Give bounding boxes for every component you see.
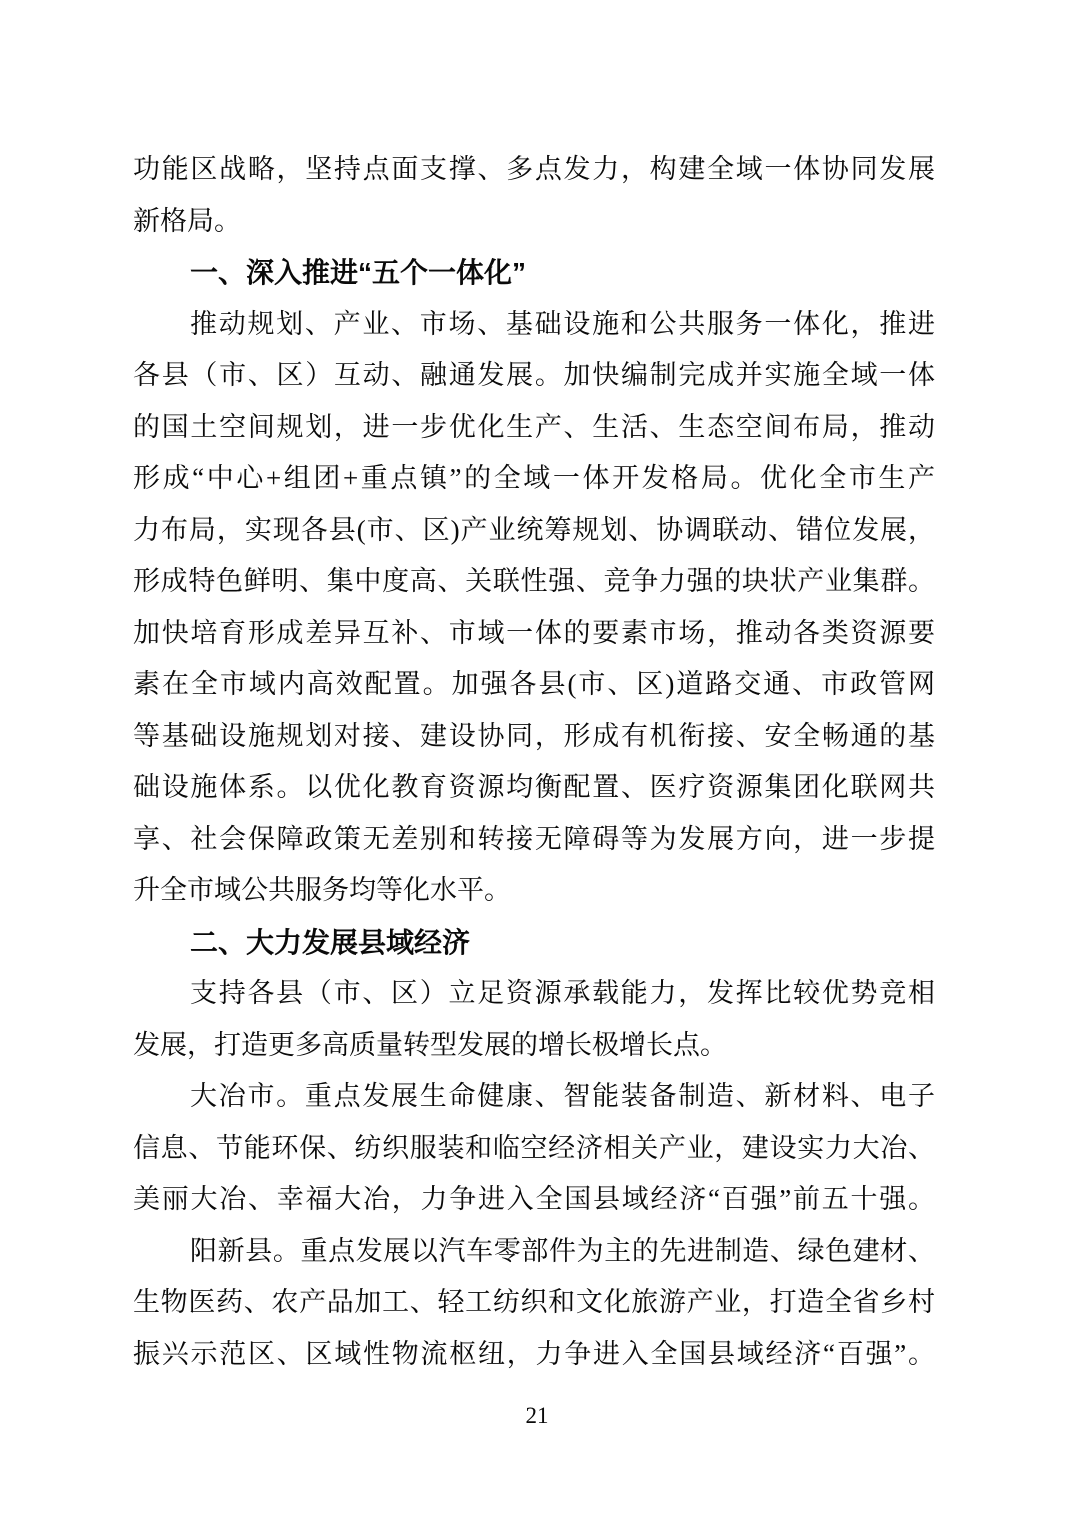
text-line: 支持各县（市、区）立足资源承载能力，发挥比较优势竞相 xyxy=(133,968,935,1020)
text-line: 新格局。 xyxy=(133,196,935,248)
page-number: 21 xyxy=(0,1401,1074,1431)
text-line: 力布局，实现各县(市、区)产业统筹规划、协调联动、错位发展， xyxy=(133,505,935,557)
text-line: 形成“中心+组团+重点镇”的全域一体开发格局。优化全市生产 xyxy=(133,453,935,505)
text-line: 生物医药、农产品加工、轻工纺织和文化旅游产业，打造全省乡村 xyxy=(133,1277,935,1329)
document-page: 功能区战略，坚持点面支撑、多点发力，构建全域一体协同发展 新格局。 一、深入推进… xyxy=(0,0,1074,1520)
text-line: 大冶市。重点发展生命健康、智能装备制造、新材料、电子 xyxy=(133,1071,935,1123)
text-line: 推动规划、产业、市场、基础设施和公共服务一体化，推进 xyxy=(133,299,935,351)
text-line: 础设施体系。以优化教育资源均衡配置、医疗资源集团化联网共 xyxy=(133,762,935,814)
text-line: 等基础设施规划对接、建设协同，形成有机衔接、安全畅通的基 xyxy=(133,711,935,763)
text-line: 各县（市、区）互动、融通发展。加快编制完成并实施全域一体 xyxy=(133,350,935,402)
text-line: 阳新县。重点发展以汽车零部件为主的先进制造、绿色建材、 xyxy=(133,1226,935,1278)
text-line: 升全市域公共服务均等化水平。 xyxy=(133,865,935,917)
text-line: 加快培育形成差异互补、市域一体的要素市场，推动各类资源要 xyxy=(133,608,935,660)
text-line: 的国土空间规划，进一步优化生产、生活、生态空间布局，推动 xyxy=(133,402,935,454)
text-line: 享、社会保障政策无差别和转接无障碍等为发展方向，进一步提 xyxy=(133,814,935,866)
section-heading-2: 二、大力发展县域经济 xyxy=(133,917,935,969)
text-line: 发展，打造更多高质量转型发展的增长极增长点。 xyxy=(133,1020,935,1072)
text-line: 形成特色鲜明、集中度高、关联性强、竞争力强的块状产业集群。 xyxy=(133,556,935,608)
text-line: 功能区战略，坚持点面支撑、多点发力，构建全域一体协同发展 xyxy=(133,144,935,196)
text-line: 信息、节能环保、纺织服装和临空经济相关产业，建设实力大冶、 xyxy=(133,1123,935,1175)
text-line: 振兴示范区、区域性物流枢纽，力争进入全国县域经济“百强”。 xyxy=(133,1329,935,1381)
text-line: 美丽大冶、幸福大冶，力争进入全国县域经济“百强”前五十强。 xyxy=(133,1174,935,1226)
section-heading-1: 一、深入推进“五个一体化” xyxy=(133,247,935,299)
text-line: 素在全市域内高效配置。加强各县(市、区)道路交通、市政管网 xyxy=(133,659,935,711)
text-block: 功能区战略，坚持点面支撑、多点发力，构建全域一体协同发展 新格局。 一、深入推进… xyxy=(133,144,935,1380)
